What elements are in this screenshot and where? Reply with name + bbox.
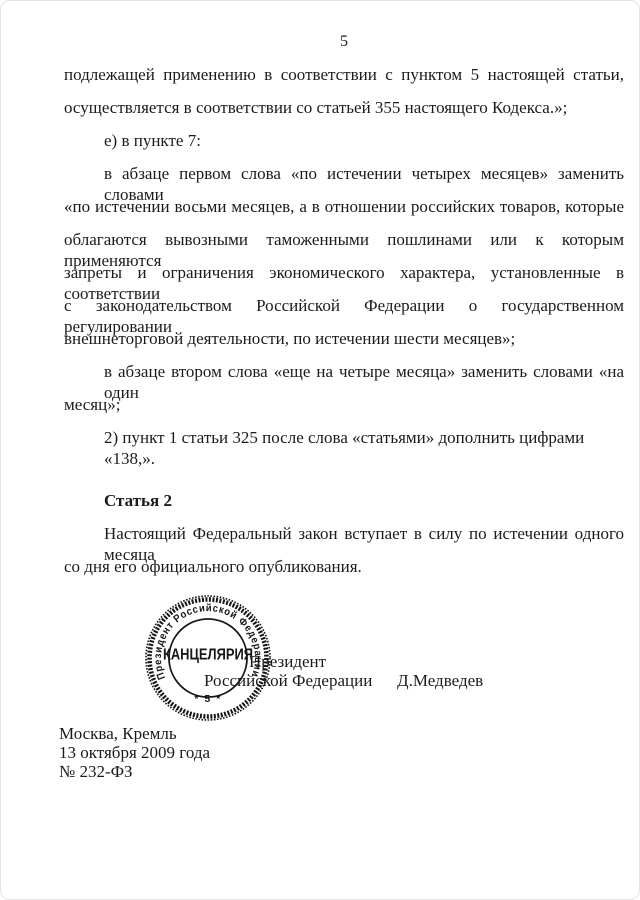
body-line: подлежащей применению в соответствии с п… (64, 64, 624, 85)
stamp-seal-icon: Президент Российской Федерации * 5 * КАН… (132, 582, 284, 734)
body-line: со дня его официального опубликования. (64, 556, 624, 577)
body-line: месяц»; (64, 394, 624, 415)
body-line: осуществляется в соответствии со статьей… (64, 97, 624, 118)
issuance-place: Москва, Кремль (59, 724, 210, 743)
chancellery-stamp: Президент Российской Федерации * 5 * КАН… (132, 582, 284, 734)
body-line: «по истечении восьми месяцев, а в отноше… (64, 196, 624, 217)
body-line: внешнеторговой деятельности, по истечени… (64, 328, 624, 349)
issuance-block: Москва, Кремль 13 октября 2009 года № 23… (59, 724, 210, 781)
stamp-center-text: КАНЦЕЛЯРИЯ (163, 647, 253, 664)
article-heading: Статья 2 (64, 490, 624, 511)
signature-name: Д.Медведев (397, 671, 483, 690)
body-line: 2) пункт 1 статьи 325 после слова «стать… (64, 427, 624, 469)
issuance-date: 13 октября 2009 года (59, 743, 210, 762)
document-page: 5 подлежащей применению в соответствии с… (0, 0, 640, 900)
page-number: 5 (64, 32, 624, 52)
issuance-number: № 232-ФЗ (59, 762, 210, 781)
stamp-number-text: * 5 * (194, 693, 221, 705)
body-line: е) в пункте 7: (64, 130, 624, 151)
